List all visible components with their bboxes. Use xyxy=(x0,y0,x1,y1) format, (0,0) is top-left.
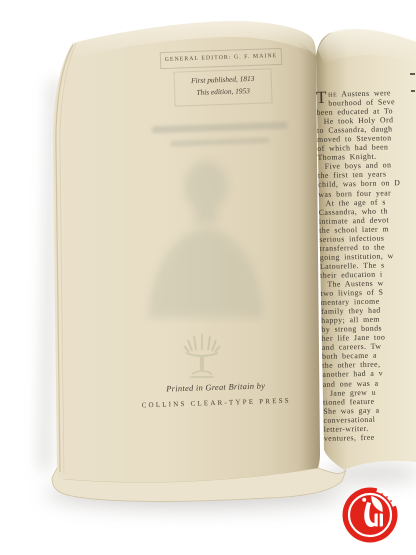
this-edition-line: This edition, 1953 xyxy=(175,84,271,99)
book-photo: GENERAL EDITOR: G. F. MAINE First publis… xyxy=(0,0,416,555)
fountain-colophon-icon xyxy=(180,330,224,386)
clipped-text-mark xyxy=(410,73,415,75)
series-editor-text: GENERAL EDITOR: G. F. MAINE xyxy=(165,53,278,63)
drop-cap: T xyxy=(316,90,327,105)
showthrough-portrait-bust xyxy=(116,146,296,324)
clipped-text-mark xyxy=(411,90,415,92)
red-watermark-logo-icon xyxy=(341,486,399,544)
edition-notice: First published, 1813 This edition, 1953 xyxy=(173,68,272,106)
right-page-text: T HE Austens were bourhood of Seve been … xyxy=(316,88,416,443)
